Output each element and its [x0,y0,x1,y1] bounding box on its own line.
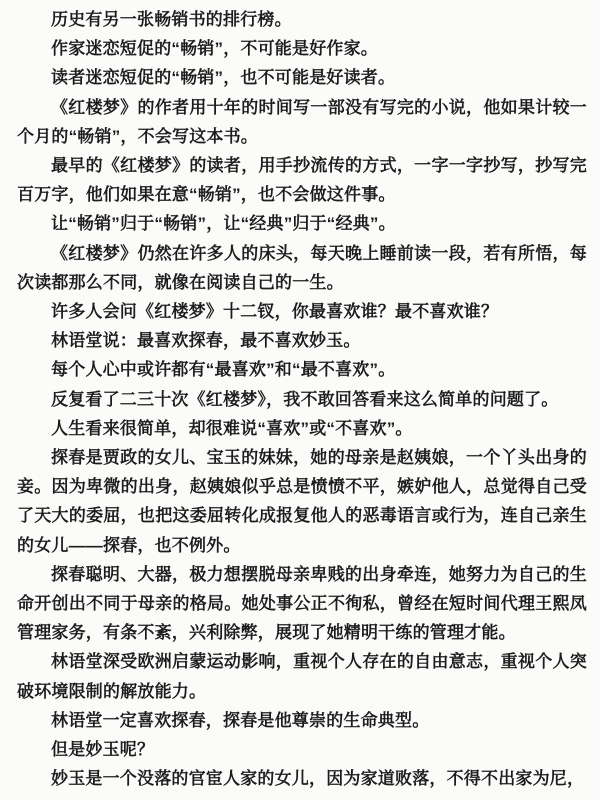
paragraph: 探春是贾政的女儿、宝玉的妹妹，她的母亲是赵姨娘，一个丫头出身的妾。因为卑微的出身… [17,443,587,560]
paragraph: 探春聪明、大器，极力想摆脱母亲卑贱的出身牵连，她努力为自己的生命开创出不同于母亲… [17,560,587,648]
paragraph: 许多人会问《红楼梦》十二钗，你最喜欢谁？最不喜欢谁？ [17,297,587,326]
paragraph: 历史有另一张畅销书的排行榜。 [17,5,587,34]
paragraph: 作家迷恋短促的“畅销”，不可能是好作家。 [17,34,587,63]
paragraph: 林语堂一定喜欢探春，探春是他尊崇的生命典型。 [17,706,587,735]
paragraph: 让“畅销”归于“畅销”，让“经典”归于“经典”。 [17,209,587,238]
paragraph: 反复看了二三十次《红楼梦》，我不敢回答看来这么简单的问题了。 [17,385,587,414]
paragraph: 读者迷恋短促的“畅销”，也不可能是好读者。 [17,63,587,92]
paragraph: 最早的《红楼梦》的读者，用手抄流传的方式，一字一字抄写，抄写完百万字，他们如果在… [17,151,587,209]
paragraph: 妙玉是一个没落的官宦人家的女儿，因为家道败落，不得不出家为尼， [17,764,587,793]
paragraph: 《红楼梦》的作者用十年的时间写一部没有写完的小说，他如果计较一个月的“畅销”，不… [17,93,587,151]
paragraph: 林语堂深受欧洲启蒙运动影响，重视个人存在的自由意志，重视个人突破环境限制的解放能… [17,647,587,705]
paragraph: 但是妙玉呢？ [17,735,587,764]
paragraph: 每个人心中或许都有“最喜欢”和“最不喜欢”。 [17,355,587,384]
book-page: 历史有另一张畅销书的排行榜。 作家迷恋短促的“畅销”，不可能是好作家。 读者迷恋… [0,0,600,800]
paragraph: 人生看来很简单，却很难说“喜欢”或“不喜欢”。 [17,414,587,443]
paragraph: 《红楼梦》仍然在许多人的床头，每天晚上睡前读一段，若有所悟，每次读都那么不同，就… [17,239,587,297]
paragraph: 林语堂说：最喜欢探春，最不喜欢妙玉。 [17,326,587,355]
